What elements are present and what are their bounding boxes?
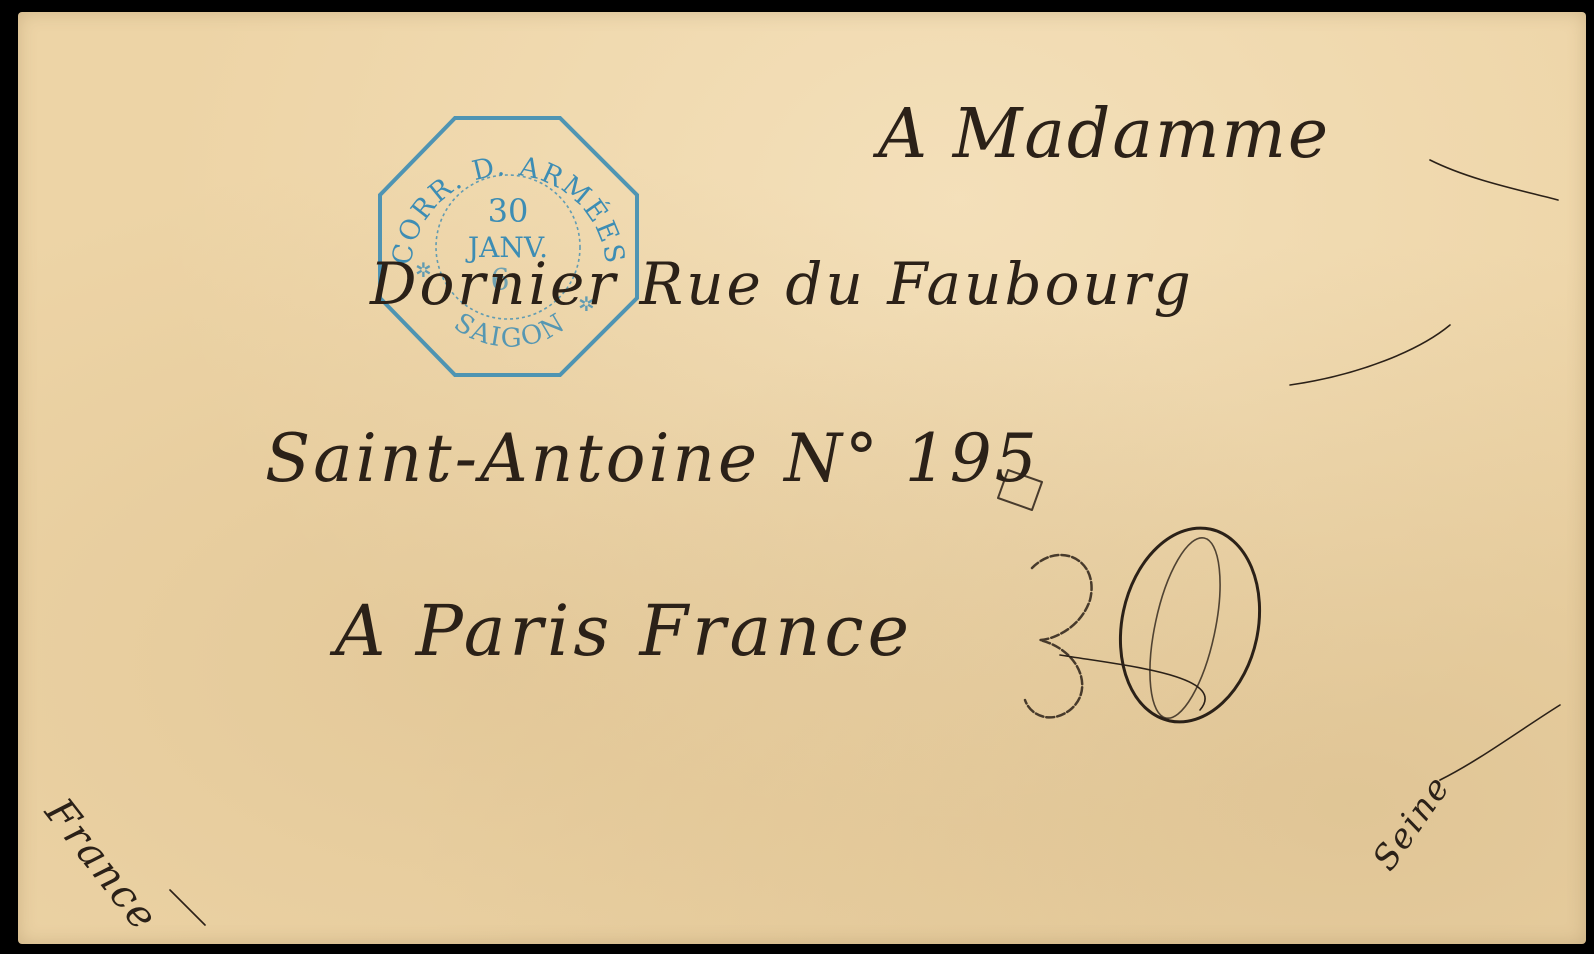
flourish-seine	[1440, 705, 1560, 780]
postmark: CORR. D. ARMÉES 30 JANV. 6 SAIGON ✲ ✲	[380, 118, 637, 375]
address-line-1: A Madamme	[878, 95, 1330, 174]
flourish-line2	[1290, 325, 1450, 385]
address-line-3: Saint-Antoine N° 195	[265, 420, 1040, 497]
flourish-line1	[1430, 160, 1558, 200]
postage-due-30	[1025, 515, 1277, 735]
address-line-2: Dornier Rue du Faubourg	[370, 250, 1194, 318]
postmark-day: 30	[488, 192, 529, 230]
address-line-4: A Paris France	[335, 590, 913, 672]
flourish-france	[170, 890, 205, 925]
